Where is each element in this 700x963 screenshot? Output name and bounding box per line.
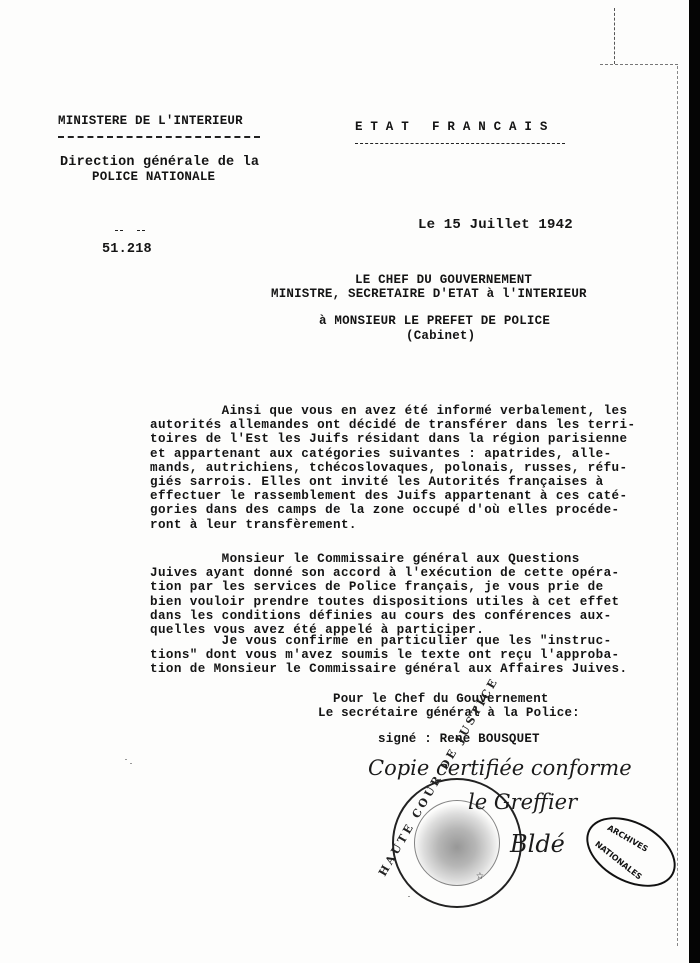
direction-line-2: POLICE NATIONALE <box>92 170 215 184</box>
body-line: dans les conditions définies au cours de… <box>150 609 612 623</box>
body-line: gories dans des camps de la zone occupé … <box>150 503 620 517</box>
letter-date: Le 15 Juillet 1942 <box>418 218 573 232</box>
scan-speck <box>408 896 410 897</box>
handwritten-certification: Copie certifiée conforme <box>368 756 632 780</box>
reference-mark <box>115 230 123 231</box>
direction-line-1: Direction générale de la <box>60 156 259 170</box>
body-line: bien vouloir prendre toutes dispositions… <box>150 595 620 609</box>
sender-line-1: LE CHEF DU GOUVERNEMENT <box>355 273 532 287</box>
body-line: mands, autrichiens, tchécoslovaques, pol… <box>150 461 627 475</box>
scan-border <box>689 0 700 963</box>
body-line: Ainsi que vous en avez été informé verba… <box>150 404 627 418</box>
body-line: toires de l'Est les Juifs résidant dans … <box>150 432 627 446</box>
body-line: tion par les services de Police français… <box>150 580 604 594</box>
archives-stamp <box>575 803 688 901</box>
handwritten-clerk: le Greffier <box>468 790 577 814</box>
document-page: MINISTERE DE L'INTERIEUR Direction génér… <box>0 0 700 963</box>
page-edge-mark <box>614 8 615 64</box>
state-heading: E T A T F R A N C A I S <box>355 120 548 134</box>
body-line: Juives ayant donné son accord à l'exécut… <box>150 566 620 580</box>
body-line: Monsieur le Commissaire général aux Ques… <box>150 552 580 566</box>
body-line: tions" dont vous m'avez soumis le texte … <box>150 648 620 662</box>
scan-speck <box>130 763 132 764</box>
body-line: effectuer le rassemblement des Juifs app… <box>150 489 627 503</box>
recipient-line-1: à MONSIEUR LE PREFET DE POLICE <box>319 314 550 328</box>
ministry-heading: MINISTERE DE L'INTERIEUR <box>58 114 243 128</box>
sender-line-2: MINISTRE, SECRETAIRE D'ETAT à l'INTERIEU… <box>271 287 587 301</box>
body-line: tion de Monsieur le Commissaire général … <box>150 662 627 676</box>
body-line: Je vous confirme en particulier que les … <box>150 634 612 648</box>
reference-mark <box>137 230 145 231</box>
page-edge-mark <box>600 64 678 65</box>
reference-number: 51.218 <box>102 243 152 257</box>
signature-line-1: Pour le Chef du Gouvernement <box>333 692 549 706</box>
ministry-underline <box>58 136 260 138</box>
signature-line-2: Le secrétaire général à la Police: <box>318 706 580 720</box>
body-line: et appartenant aux catégories suivantes … <box>150 447 612 461</box>
star-icon: ☆ <box>476 868 484 883</box>
body-line: giés sarrois. Elles ont invité les Autor… <box>150 475 604 489</box>
body-line: autorités allemandes ont décidé de trans… <box>150 418 635 432</box>
recipient-line-2: (Cabinet) <box>406 329 475 343</box>
handwritten-signature: Bldé <box>510 830 565 858</box>
scan-speck <box>125 759 127 760</box>
state-underline <box>355 143 565 144</box>
page-edge-mark <box>677 66 679 946</box>
body-line: ront à leur transfèrement. <box>150 518 357 532</box>
